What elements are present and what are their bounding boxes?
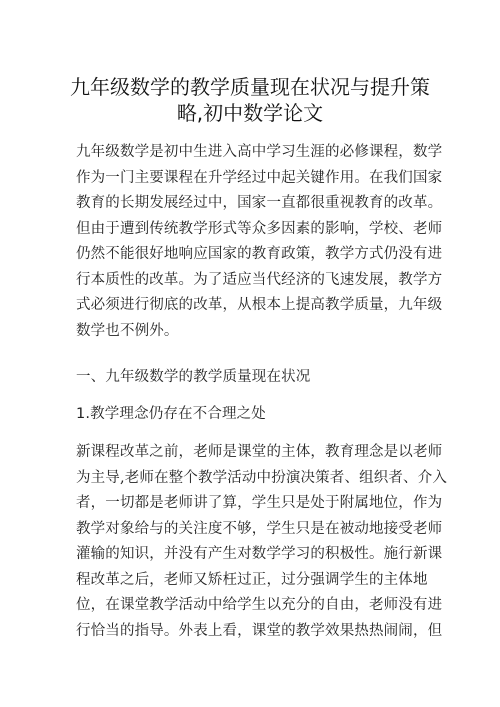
text-line: 行恰当的指导。外表上看，课堂的教学效果热热闹闹，但	[76, 619, 436, 645]
text-line: 数学也不例外。	[76, 319, 436, 345]
text-line: 者，一切都是老师讲了算，学生只是处于附属地位，作为	[76, 491, 436, 517]
text-line: 新课程改革之前，老师是课堂的主体，教育理念是以老师	[76, 440, 436, 466]
document-page: 九年级数学的教学质量现在状况与提升策 略,初中数学论文 九年级数学是初中生进入高…	[0, 0, 500, 707]
body-paragraph: 新课程改革之前，老师是课堂的主体，教育理念是以老师 为主导,老师在整个教学活动中…	[76, 440, 436, 644]
title-line: 略,初中数学论文	[60, 100, 440, 126]
text-line: 程改革之后，老师又矫枉过正，过分强调学生的主体地	[76, 568, 436, 594]
text-line: 但由于遭到传统教学形式等众多因素的影响，学校、老师	[76, 217, 436, 243]
intro-paragraph: 九年级数学是初中生进入高中学习生涯的必修课程，数学 作为一门主要课程在升学经过中…	[76, 140, 436, 344]
text-line: 教学对象给与的关注度不够，学生只是在被动地接受老师	[76, 517, 436, 543]
text-line: 灌输的知识，并没有产生对数学学习的积极性。施行新课	[76, 542, 436, 568]
text-line: 九年级数学是初中生进入高中学习生涯的必修课程，数学	[76, 140, 436, 166]
text-line: 位，在课堂教学活动中给学生以充分的自由，老师没有进	[76, 593, 436, 619]
document-title: 九年级数学的教学质量现在状况与提升策 略,初中数学论文	[60, 74, 440, 126]
subsection-heading: 1.教学理念仍存在不合理之处	[76, 402, 436, 428]
title-line: 九年级数学的教学质量现在状况与提升策	[60, 74, 440, 100]
text-line: 为主导,老师在整个教学活动中扮演决策者、组织者、介入	[76, 466, 436, 492]
text-line: 作为一门主要课程在升学经过中起关键作用。在我们国家	[76, 166, 436, 192]
text-line: 仍然不能很好地响应国家的教育政策，教学方式仍没有进	[76, 242, 436, 268]
text-line: 教育的长期发展经过中，国家一直都很重视教育的改革。	[76, 191, 436, 217]
section-heading: 一、九年级数学的教学质量现在状况	[76, 365, 436, 391]
text-line: 行本质性的改革。为了适应当代经济的飞速发展，教学方	[76, 268, 436, 294]
text-line: 式必须进行彻底的改革，从根本上提高教学质量，九年级	[76, 293, 436, 319]
